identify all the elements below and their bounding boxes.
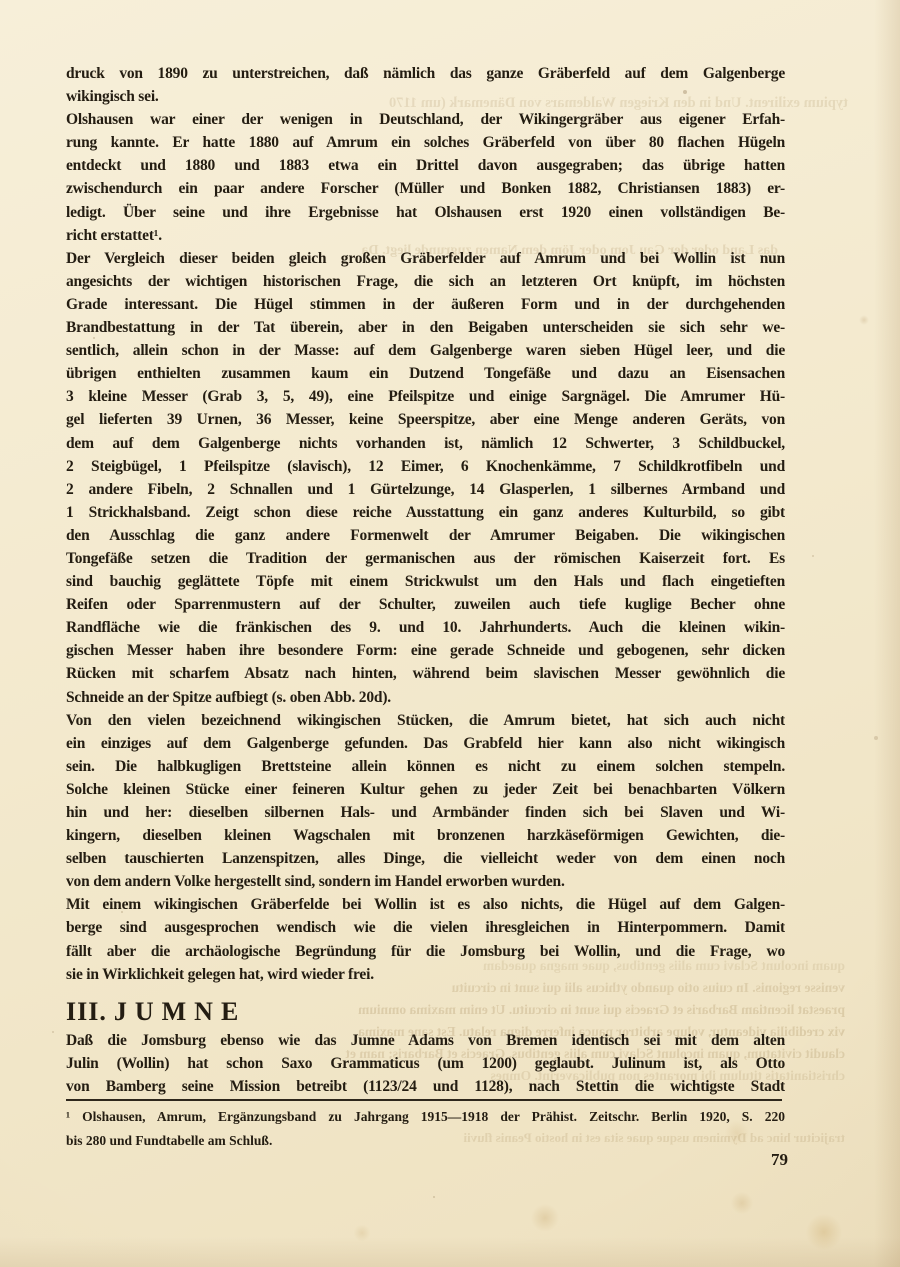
text-line: sentlich, allein schon in der Masse: auf… xyxy=(66,339,785,362)
text-line: angesichts der wichtigen historischen Fr… xyxy=(66,270,785,293)
text-line: den Ausschlag die ganz andere Formenwelt… xyxy=(66,524,785,547)
text-line: selben tauschierten Lanzenspitzen, alles… xyxy=(66,847,785,870)
text-line: Schneide an der Spitze aufbiegt (s. oben… xyxy=(66,686,785,709)
text-line: 1 Strickhalsband. Zeigt schon diese reic… xyxy=(66,501,785,524)
paper-specks xyxy=(0,0,2,2)
text-line: ledigt. Über seine und ihre Ergebnisse h… xyxy=(66,201,785,224)
text-line: Brandbestattung in der Tat überein, aber… xyxy=(66,316,785,339)
text-line: richt erstattet¹. xyxy=(66,224,785,247)
text-line: 2 Steigbügel, 1 Pfeilspitze (slavisch), … xyxy=(66,455,785,478)
text-line: sein. Die halbkugligen Brettsteine allei… xyxy=(66,755,785,778)
text-line: Rücken mit scharfem Absatz nach hinten, … xyxy=(66,662,785,685)
text-line: Tongefäße setzen die Tradition der germa… xyxy=(66,547,785,570)
text-line: sie in Wirklichkeit gelegen hat, wird wi… xyxy=(66,963,785,986)
text-line: Der Vergleich dieser beiden gleich große… xyxy=(66,247,785,270)
text-line: Von den vielen bezeichnend wikingischen … xyxy=(66,709,785,732)
text-line: Mit einem wikingischen Gräberfelde bei W… xyxy=(66,893,785,916)
text-line: Olshausen war einer der wenigen in Deuts… xyxy=(66,108,785,131)
text-line: 3 kleine Messer (Grab 3, 5, 49), eine Pf… xyxy=(66,385,785,408)
main-text-column: druck von 1890 zu unterstreichen, daß nä… xyxy=(66,62,785,986)
footnote: ¹ Olshausen, Amrum, Ergänzungsband zu Ja… xyxy=(66,1105,785,1153)
section-numeral: III. xyxy=(66,997,107,1026)
text-line: zwischendurch ein paar andere Forscher (… xyxy=(66,177,785,200)
text-line: übrigen enthielten zusammen kaum ein Dut… xyxy=(66,362,785,385)
section-heading: III.JUMNE xyxy=(66,997,785,1027)
text-line: Reifen oder Sparrenmustern auf der Schul… xyxy=(66,593,785,616)
text-line: berge sind ausgesprochen wendisch wie di… xyxy=(66,916,785,939)
page-number: 79 xyxy=(66,1150,788,1170)
text-line: Julin (Wollin) hat schon Saxo Grammaticu… xyxy=(66,1052,785,1075)
text-line: von dem andern Volke hergestellt sind, s… xyxy=(66,870,785,893)
text-line: fällt aber die archäologische Begründung… xyxy=(66,940,785,963)
text-line: entdeckt und 1880 und 1883 etwa ein Drit… xyxy=(66,154,785,177)
text-line: dem auf dem Galgenberge nichts vorhanden… xyxy=(66,432,785,455)
footnote-line: ¹ Olshausen, Amrum, Ergänzungsband zu Ja… xyxy=(66,1105,785,1129)
text-line: von Bamberg seine Mission betreibt (1123… xyxy=(66,1075,785,1098)
footnote-rule xyxy=(66,1099,782,1101)
scanned-book-page: typium exilirent. Und in den Kriegen Wal… xyxy=(0,0,900,1267)
text-line: Solche kleinen Stücke einer feineren Kul… xyxy=(66,778,785,801)
text-line: ein einziges auf dem Galgenberge gefunde… xyxy=(66,732,785,755)
section-title: JUMNE xyxy=(114,997,246,1026)
text-line: rung kannte. Er hatte 1880 auf Amrum ein… xyxy=(66,131,785,154)
text-line: sind bauchig geglättete Töpfe mit einem … xyxy=(66,570,785,593)
text-line: Grade interessant. Die Hügel stimmen in … xyxy=(66,293,785,316)
text-line: kingern, dieselben kleinen Wagschalen mi… xyxy=(66,824,785,847)
text-line: druck von 1890 zu unterstreichen, daß nä… xyxy=(66,62,785,85)
text-line: wikingisch sei. xyxy=(66,85,785,108)
text-line: 2 andere Fibeln, 2 Schnallen und 1 Gürte… xyxy=(66,478,785,501)
text-line: gischen Messer haben ihre besondere Form… xyxy=(66,639,785,662)
section-text-column: Daß die Jomsburg ebenso wie das Jumne Ad… xyxy=(66,1029,785,1098)
text-line: Daß die Jomsburg ebenso wie das Jumne Ad… xyxy=(66,1029,785,1052)
text-line: hin und her: dieselben silbernen Hals- u… xyxy=(66,801,785,824)
text-line: gel lieferten 39 Urnen, 36 Messer, keine… xyxy=(66,408,785,431)
text-line: Randfläche wie die fränkischen des 9. un… xyxy=(66,616,785,639)
